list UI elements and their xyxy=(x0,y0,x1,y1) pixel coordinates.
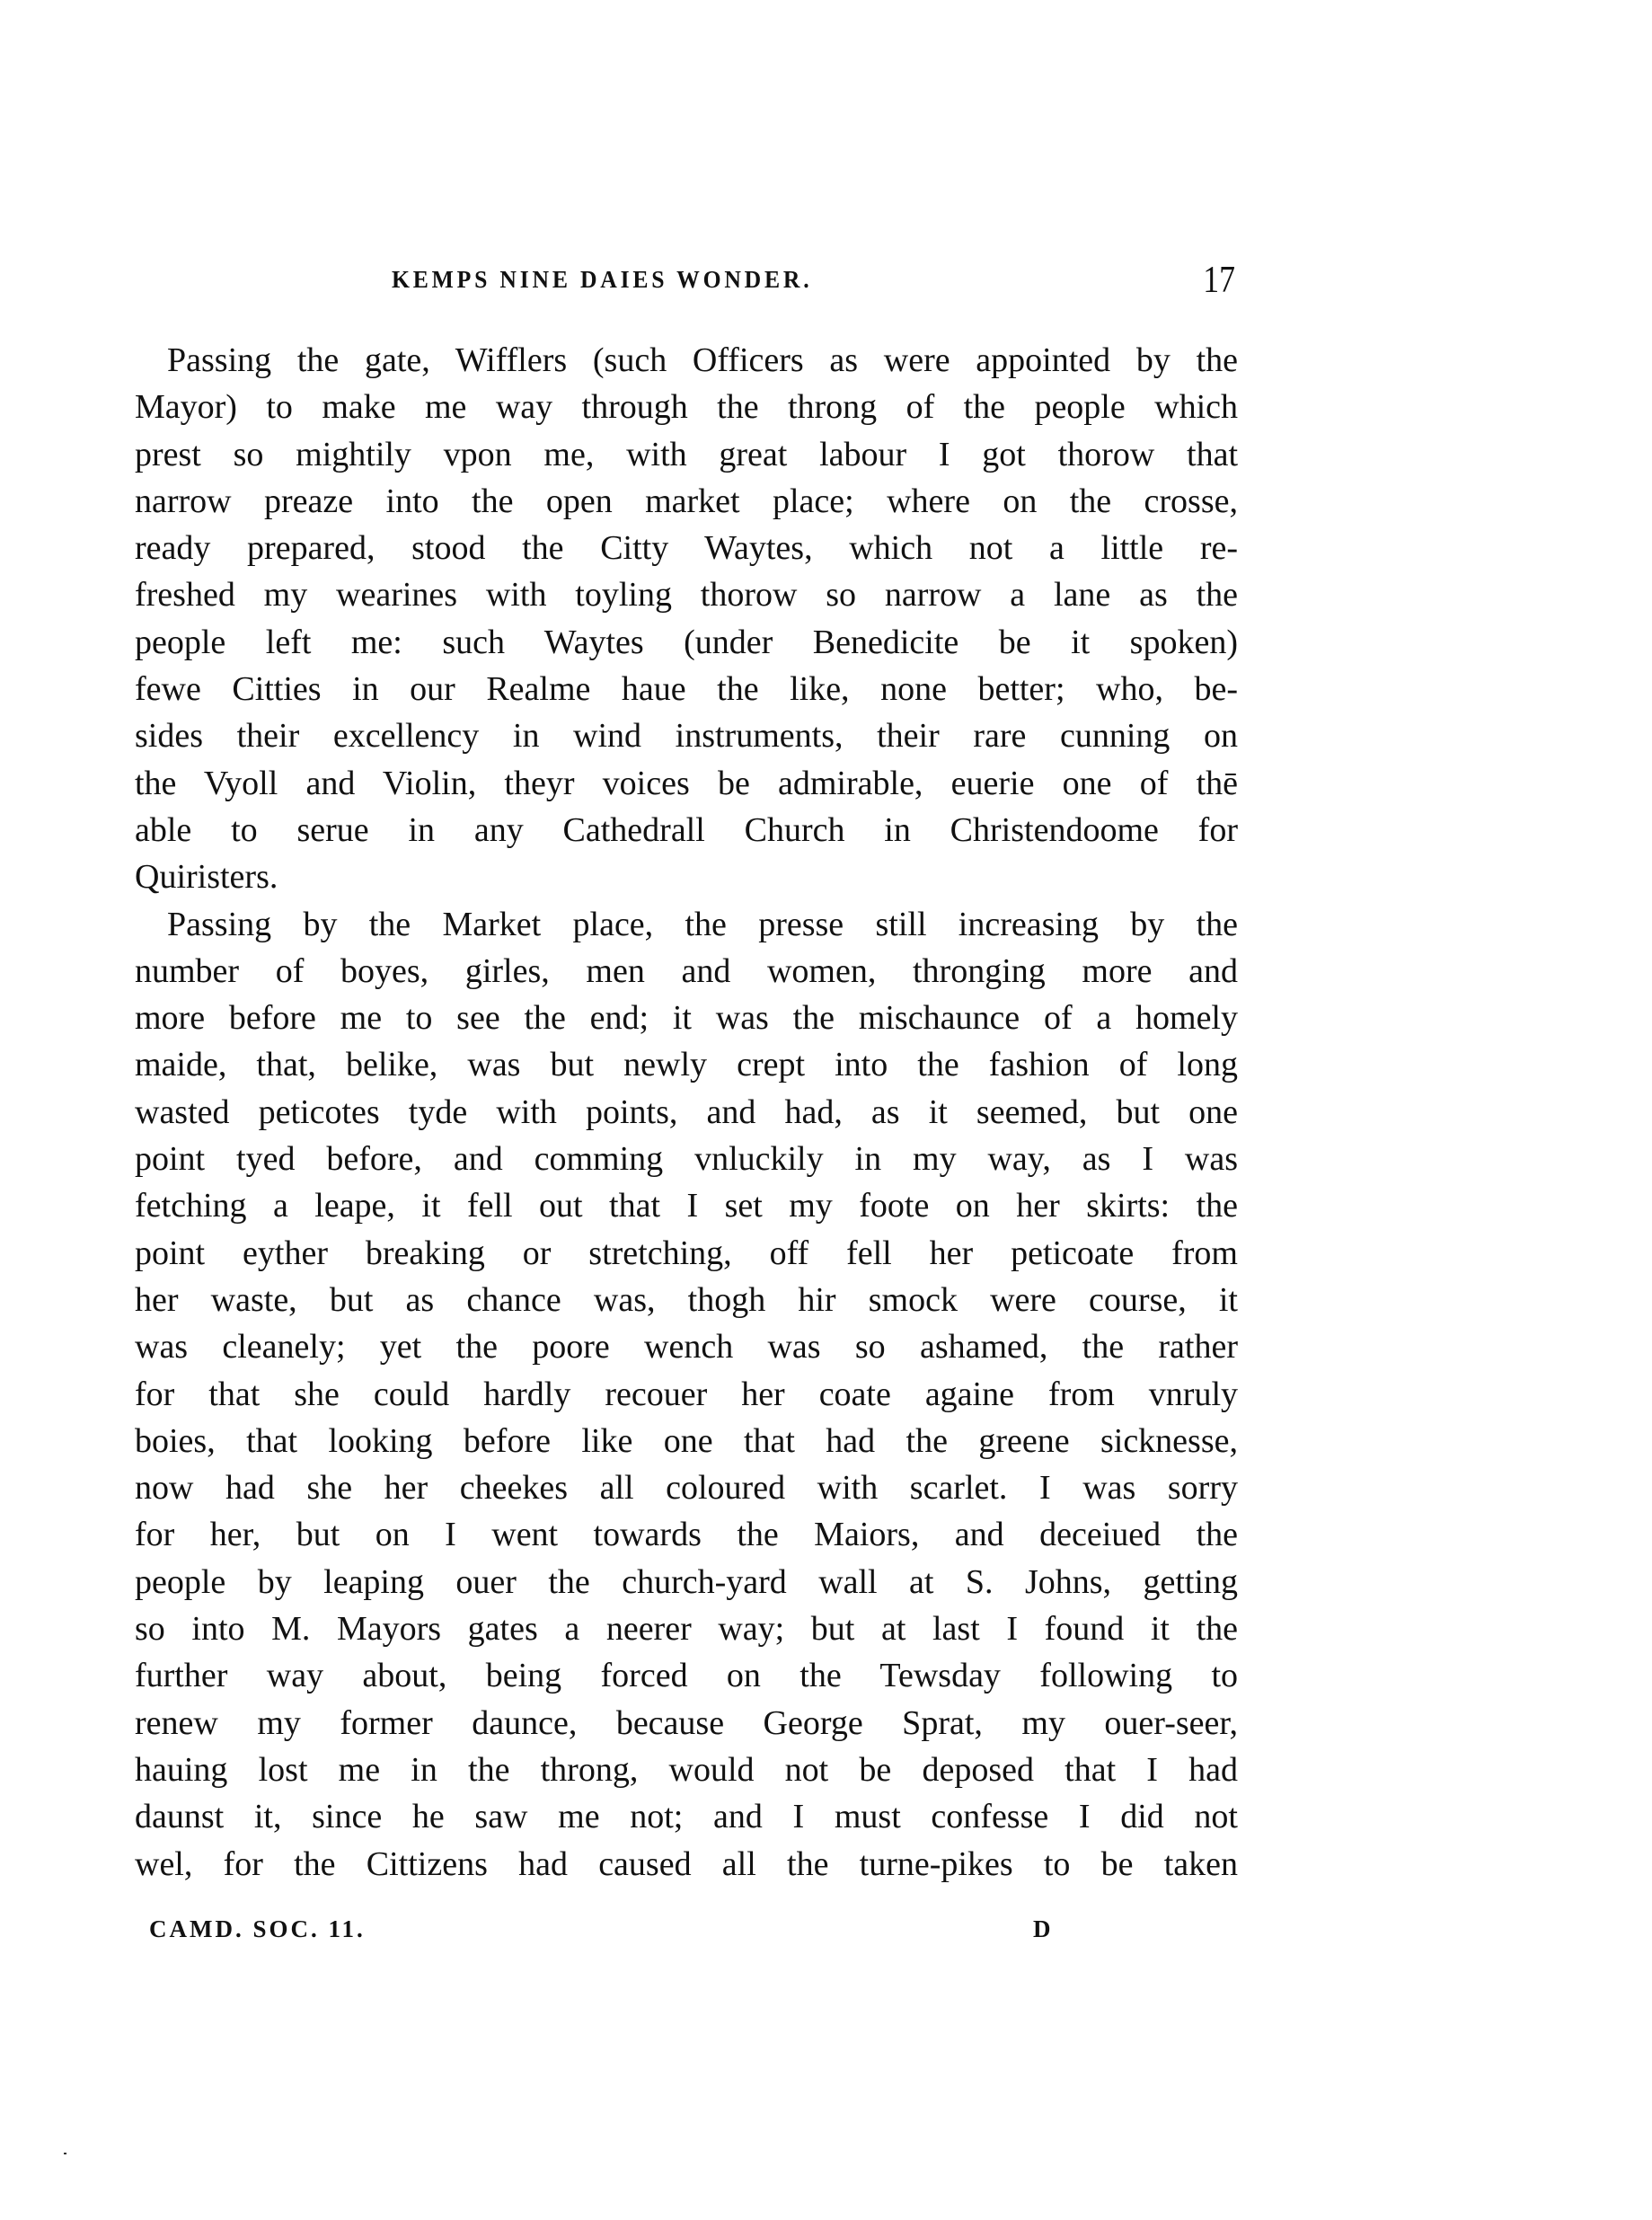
text-line: now had she her cheekes all coloured wit… xyxy=(135,1464,1238,1511)
text-line: was cleanely; yet the poore wench was so… xyxy=(135,1323,1238,1370)
text-line: maide, that, belike, was but newly crept… xyxy=(135,1041,1238,1088)
running-title: KEMPS NINE DAIES WONDER. xyxy=(392,266,812,294)
text-line: wel, for the Cittizens had caused all th… xyxy=(135,1841,1238,1888)
text-line: renew my former daunce, because George S… xyxy=(135,1700,1238,1747)
signature-mark: CAMD. SOC. 11. xyxy=(149,1915,366,1943)
body-text: Passing the gate, Wifflers (such Officer… xyxy=(135,337,1238,1888)
book-page: KEMPS NINE DAIES WONDER. 17 Passing the … xyxy=(0,0,1652,2220)
text-line: for that she could hardly recouer her co… xyxy=(135,1371,1238,1418)
text-line: so into M. Mayors gates a neerer way; bu… xyxy=(135,1605,1238,1652)
text-line: able to serue in any Cathedrall Church i… xyxy=(135,807,1238,854)
text-line: prest so mightily vpon me, with great la… xyxy=(135,431,1238,478)
signature-letter: D xyxy=(1033,1915,1051,1943)
text-line: freshed my wearines with toyling thorow … xyxy=(135,571,1238,618)
text-line: the Vyoll and Violin, theyr voices be ad… xyxy=(135,760,1238,807)
text-line: sides their excellency in wind instrumen… xyxy=(135,712,1238,759)
text-line: her waste, but as chance was, thogh hir … xyxy=(135,1277,1238,1323)
text-line: for her, but on I went towards the Maior… xyxy=(135,1511,1238,1558)
text-line: Mayor) to make me way through the throng… xyxy=(135,384,1238,430)
text-line: number of boyes, girles, men and women, … xyxy=(135,948,1238,995)
running-head: KEMPS NINE DAIES WONDER. 17 xyxy=(135,259,1235,304)
paragraph-1: Passing the gate, Wifflers (such Officer… xyxy=(135,337,1238,901)
text-line: point tyed before, and comming vnluckily… xyxy=(135,1136,1238,1182)
text-line: ready prepared, stood the Citty Waytes, … xyxy=(135,525,1238,571)
page-number: 17 xyxy=(1203,259,1235,302)
text-line: fetching a leape, it fell out that I set… xyxy=(135,1182,1238,1229)
text-line: people left me: such Waytes (under Bened… xyxy=(135,619,1238,666)
text-line: further way about, being forced on the T… xyxy=(135,1652,1238,1699)
text-line: fewe Citties in our Realme haue the like… xyxy=(135,666,1238,712)
text-line: point eyther breaking or stretching, off… xyxy=(135,1230,1238,1277)
paragraph-2: Passing by the Market place, the presse … xyxy=(135,901,1238,1888)
page-footer: CAMD. SOC. 11. D xyxy=(135,1912,1235,1957)
text-line: Quiristers. xyxy=(135,854,1238,900)
text-line: people by leaping ouer the church-yard w… xyxy=(135,1559,1238,1605)
text-line: narrow preaze into the open market place… xyxy=(135,478,1238,525)
scan-speck xyxy=(64,2153,66,2154)
text-line: more before me to see the end; it was th… xyxy=(135,995,1238,1041)
text-line: hauing lost me in the throng, would not … xyxy=(135,1747,1238,1793)
text-line: boies, that looking before like one that… xyxy=(135,1418,1238,1464)
text-line: wasted peticotes tyde with points, and h… xyxy=(135,1089,1238,1136)
text-line: Passing the gate, Wifflers (such Officer… xyxy=(135,337,1238,384)
text-line: daunst it, since he saw me not; and I mu… xyxy=(135,1793,1238,1840)
text-line: Passing by the Market place, the presse … xyxy=(135,901,1238,948)
